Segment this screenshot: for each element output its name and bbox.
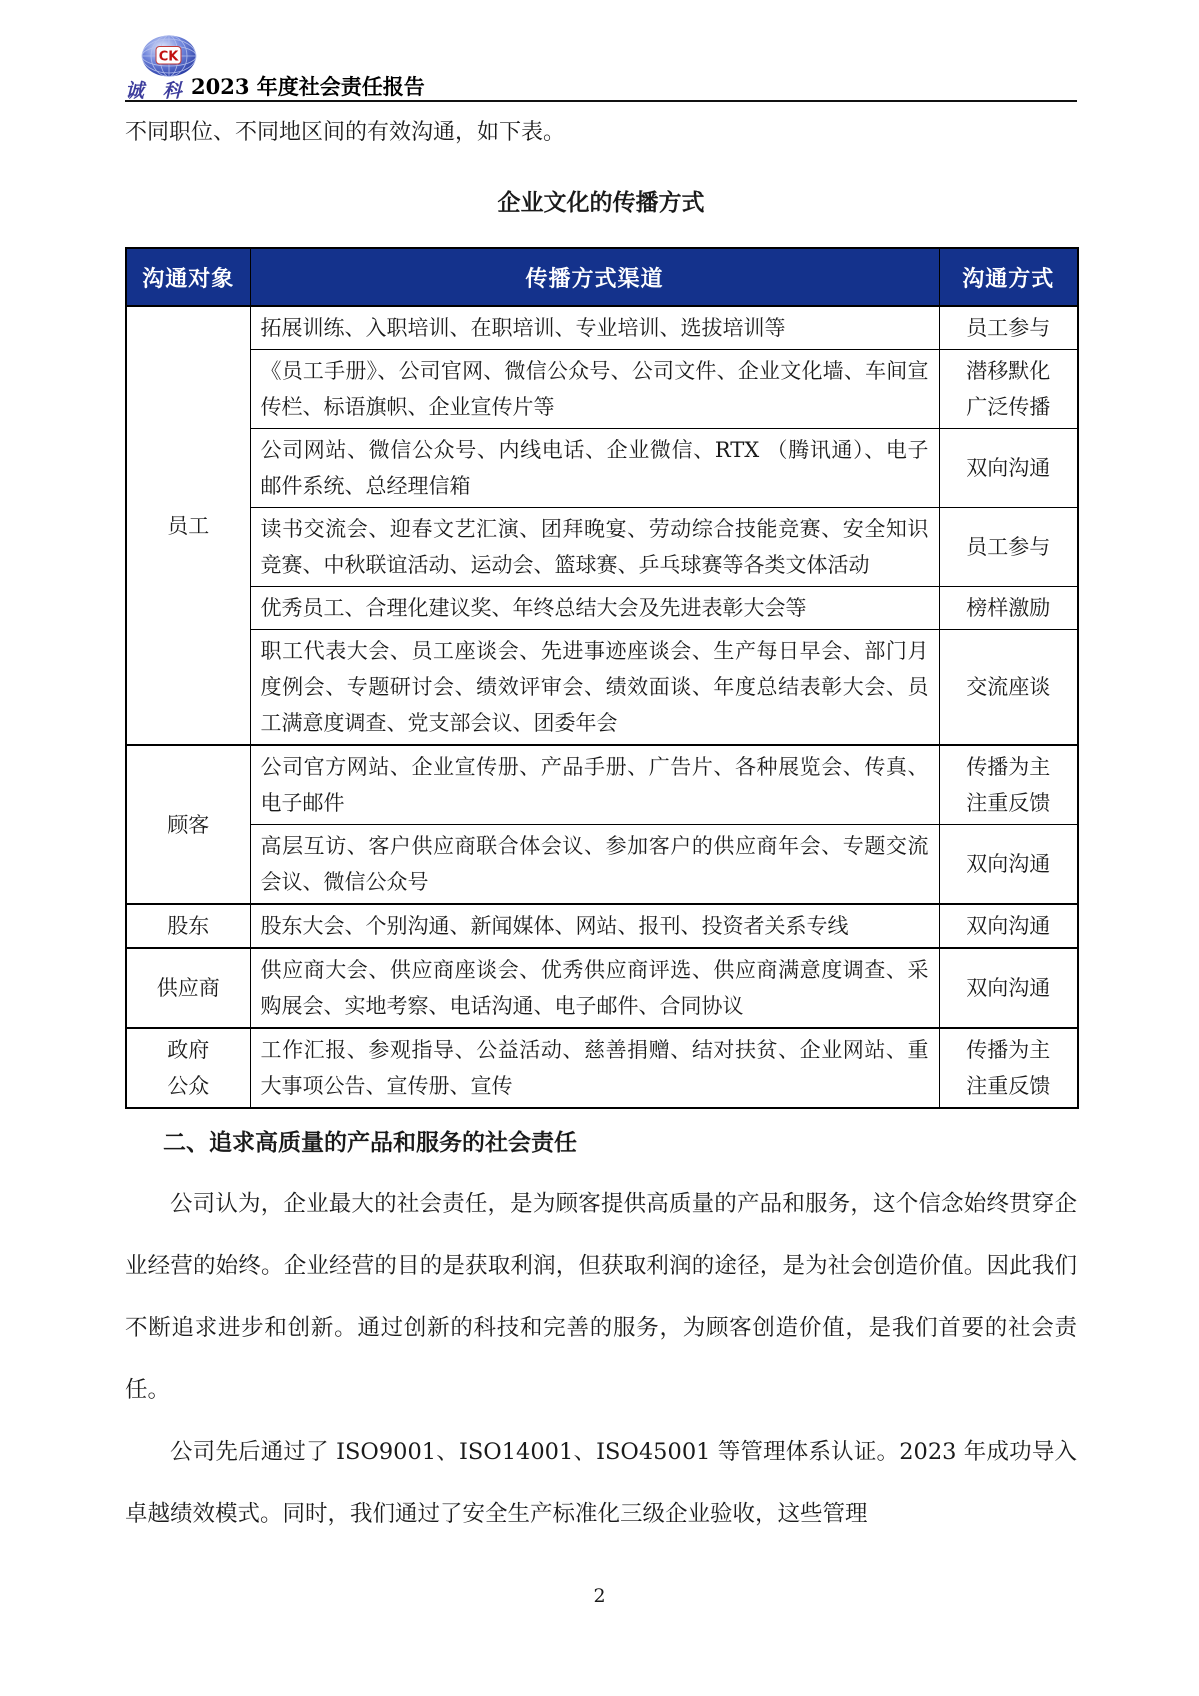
- logo-letters: CK: [159, 50, 180, 65]
- table-row: 政府 公众工作汇报、参观指导、公益活动、慈善捐赠、结对扶贫、企业网站、重大事项公…: [126, 1028, 1078, 1108]
- method-cell: 双向沟通: [939, 948, 1078, 1028]
- communication-methods-table: 沟通对象 传播方式渠道 沟通方式 员工拓展训练、入职培训、在职培训、专业培训、选…: [125, 247, 1079, 1109]
- table-header-row: 沟通对象 传播方式渠道 沟通方式: [126, 248, 1078, 306]
- company-globe-logo-icon: CK: [141, 34, 197, 78]
- channel-cell: 工作汇报、参观指导、公益活动、慈善捐赠、结对扶贫、企业网站、重大事项公告、宣传册…: [250, 1028, 939, 1108]
- document-page: CK 诚 科 2023 年度社会责任报告 不同职位、不同地区间的有效沟通，如下表…: [0, 0, 1199, 1696]
- method-cell: 交流座谈: [939, 630, 1078, 746]
- method-cell: 潜移默化 广泛传播: [939, 350, 1078, 429]
- channel-cell: 供应商大会、供应商座谈会、优秀供应商评选、供应商满意度调查、采购展会、实地考察、…: [250, 948, 939, 1028]
- channel-cell: 高层互访、客户供应商联合体会议、参加客户的供应商年会、专题交流会议、微信公众号: [250, 825, 939, 905]
- document-header: CK 诚 科 2023 年度社会责任报告: [125, 0, 1077, 102]
- table-row: 公司网站、微信公众号、内线电话、企业微信、RTX （腾讯通）、电子邮件系统、总经…: [126, 429, 1078, 508]
- method-cell: 双向沟通: [939, 904, 1078, 948]
- column-header-target: 沟通对象: [126, 248, 250, 306]
- column-header-method: 沟通方式: [939, 248, 1078, 306]
- table-row: 读书交流会、迎春文艺汇演、团拜晚宴、劳动综合技能竞赛、安全知识竞赛、中秋联谊活动…: [126, 508, 1078, 587]
- channel-cell: 公司官方网站、企业宣传册、产品手册、广告片、各种展览会、传真、电子邮件: [250, 745, 939, 825]
- channel-cell: 拓展训练、入职培训、在职培训、专业培训、选拔培训等: [250, 306, 939, 350]
- channel-cell: 优秀员工、合理化建议奖、年终总结大会及先进表彰大会等: [250, 587, 939, 630]
- method-cell: 双向沟通: [939, 429, 1078, 508]
- company-name: 诚 科: [125, 76, 188, 103]
- target-cell: 顾客: [126, 745, 250, 904]
- table-row: 股东股东大会、个别沟通、新闻媒体、网站、报刊、投资者关系专线双向沟通: [126, 904, 1078, 948]
- table-row: 《员工手册》、公司官网、微信公众号、公司文件、企业文化墙、车间宣传栏、标语旗帜、…: [126, 350, 1078, 429]
- channel-cell: 《员工手册》、公司官网、微信公众号、公司文件、企业文化墙、车间宣传栏、标语旗帜、…: [250, 350, 939, 429]
- report-title: 2023 年度社会责任报告: [191, 71, 425, 101]
- target-cell: 政府 公众: [126, 1028, 250, 1108]
- target-cell: 供应商: [126, 948, 250, 1028]
- section-heading: 二、追求高质量的产品和服务的社会责任: [125, 1113, 1077, 1173]
- channel-cell: 职工代表大会、员工座谈会、先进事迹座谈会、生产每日早会、部门月度例会、专题研讨会…: [250, 630, 939, 746]
- channel-cell: 公司网站、微信公众号、内线电话、企业微信、RTX （腾讯通）、电子邮件系统、总经…: [250, 429, 939, 508]
- channel-cell: 读书交流会、迎春文艺汇演、团拜晚宴、劳动综合技能竞赛、安全知识竞赛、中秋联谊活动…: [250, 508, 939, 587]
- method-cell: 榜样激励: [939, 587, 1078, 630]
- column-header-channel: 传播方式渠道: [250, 248, 939, 306]
- intro-text: 不同职位、不同地区间的有效沟通，如下表。: [125, 115, 1077, 151]
- method-cell: 传播为主 注重反馈: [939, 1028, 1078, 1108]
- table-row: 员工拓展训练、入职培训、在职培训、专业培训、选拔培训等员工参与: [126, 306, 1078, 350]
- table-row: 职工代表大会、员工座谈会、先进事迹座谈会、生产每日早会、部门月度例会、专题研讨会…: [126, 630, 1078, 746]
- method-cell: 员工参与: [939, 508, 1078, 587]
- page-number: 2: [0, 1585, 1199, 1607]
- table-row: 高层互访、客户供应商联合体会议、参加客户的供应商年会、专题交流会议、微信公众号双…: [126, 825, 1078, 905]
- table-title: 企业文化的传播方式: [125, 185, 1077, 221]
- body-paragraph: 公司认为，企业最大的社会责任，是为顾客提供高质量的产品和服务，这个信念始终贯穿企…: [125, 1173, 1077, 1421]
- method-cell: 双向沟通: [939, 825, 1078, 905]
- target-cell: 员工: [126, 306, 250, 745]
- table-row: 顾客公司官方网站、企业宣传册、产品手册、广告片、各种展览会、传真、电子邮件传播为…: [126, 745, 1078, 825]
- channel-cell: 股东大会、个别沟通、新闻媒体、网站、报刊、投资者关系专线: [250, 904, 939, 948]
- target-cell: 股东: [126, 904, 250, 948]
- method-cell: 员工参与: [939, 306, 1078, 350]
- method-cell: 传播为主 注重反馈: [939, 745, 1078, 825]
- table-row: 供应商供应商大会、供应商座谈会、优秀供应商评选、供应商满意度调查、采购展会、实地…: [126, 948, 1078, 1028]
- table-row: 优秀员工、合理化建议奖、年终总结大会及先进表彰大会等榜样激励: [126, 587, 1078, 630]
- body-paragraph: 公司先后通过了 ISO9001、ISO14001、ISO45001 等管理体系认…: [125, 1421, 1077, 1545]
